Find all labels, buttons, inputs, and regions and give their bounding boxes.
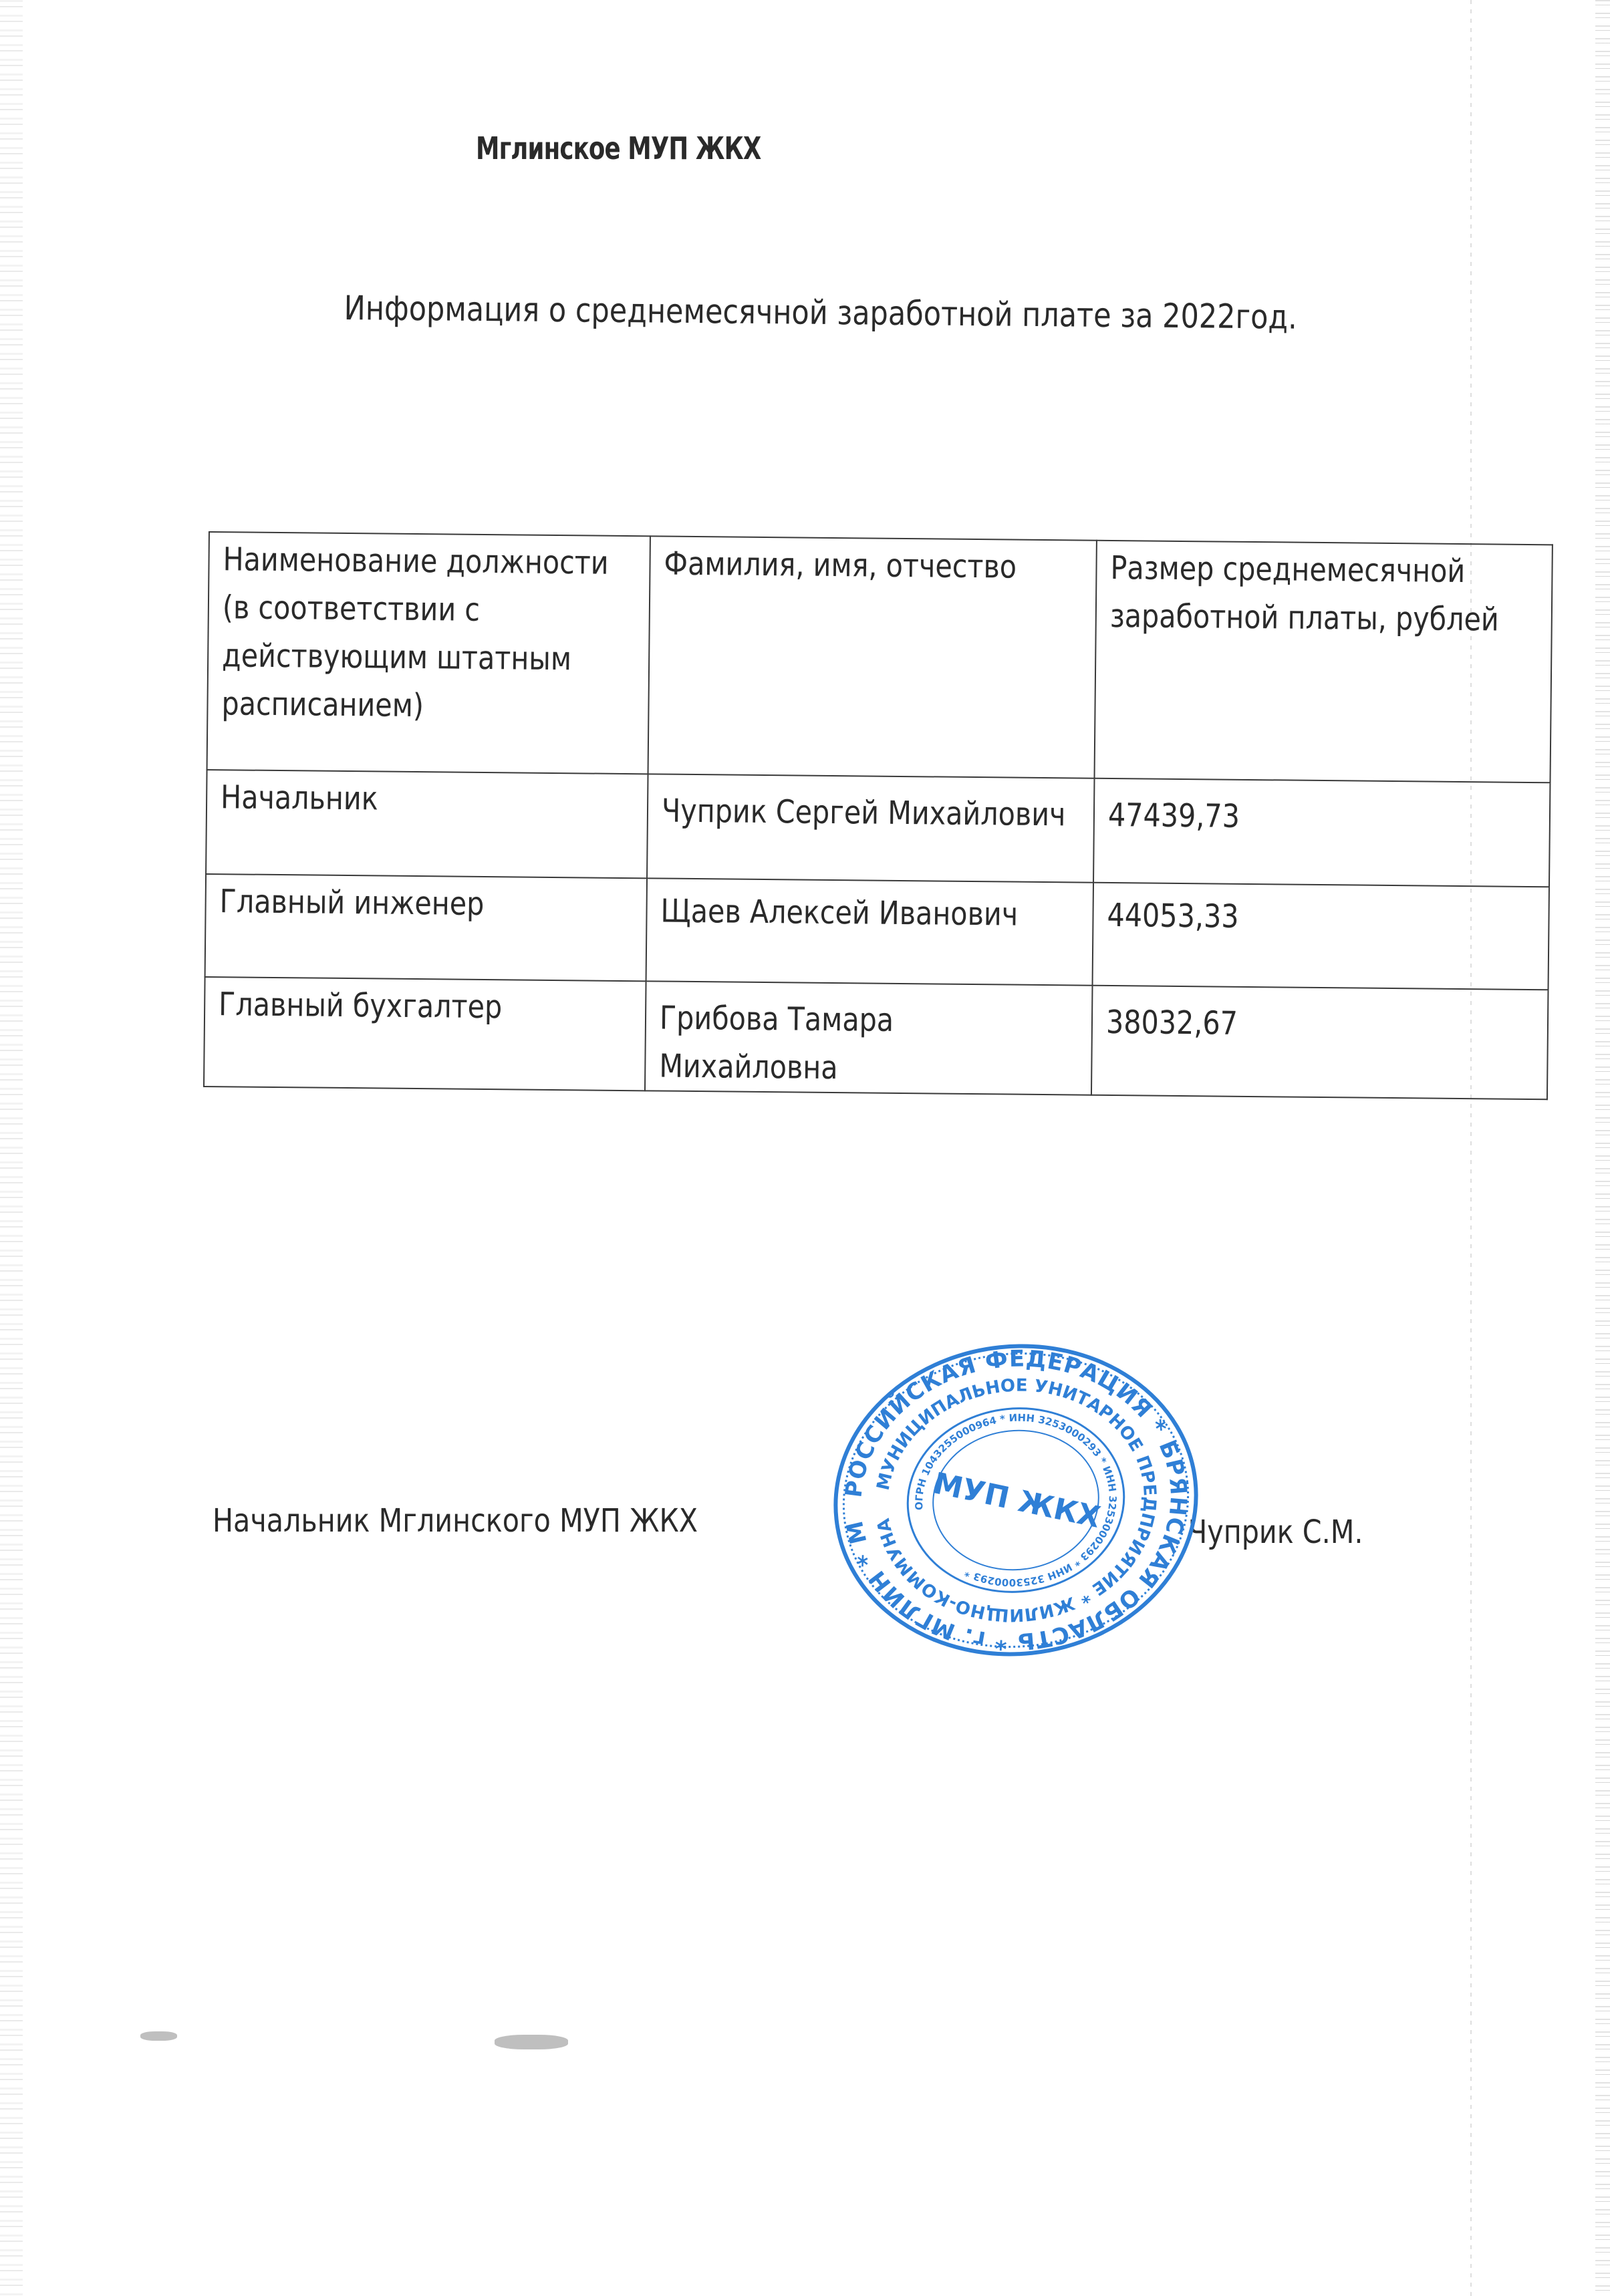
table-row: Главный бухгалтер Грибова Тамара Михайло…	[204, 977, 1548, 1099]
cell-name: Щаев Алексей Иванович	[646, 878, 1093, 985]
salary-table: Наименование должности (в соответствии с…	[203, 531, 1553, 1100]
scan-fold-line	[1470, 0, 1472, 2296]
stamp-center-text: МУП ЖКХ	[930, 1466, 1103, 1535]
cell-salary: 38032,67	[1091, 986, 1549, 1100]
column-header-salary: Размер среднемесячной заработной платы, …	[1095, 541, 1553, 783]
cell-position: Главный инженер	[205, 874, 647, 981]
signature-signer: Чуприк С.М.	[1188, 1514, 1363, 1551]
document-subtitle: Информация о среднемесячной заработной п…	[344, 289, 1297, 337]
cell-salary: 47439,73	[1093, 778, 1550, 887]
column-header-position: Наименование должности (в соответствии с…	[207, 532, 650, 774]
table-row: Главный инженер Щаев Алексей Иванович 44…	[205, 874, 1549, 990]
scan-artifact-right-edge	[1595, 0, 1610, 2296]
cell-position: Начальник	[206, 770, 648, 878]
scan-artifact-left-edge	[0, 0, 23, 2296]
table-row: Начальник Чуприк Сергей Михайлович 47439…	[206, 770, 1550, 887]
official-stamp-icon: РОССИЙСКАЯ ФЕДЕРАЦИЯ * БРЯНСКАЯ ОБЛАСТЬ …	[813, 1324, 1218, 1676]
cell-name: Грибова Тамара Михайловна	[645, 981, 1093, 1095]
cell-salary: 44053,33	[1093, 883, 1549, 990]
cell-name: Чуприк Сергей Михайлович	[647, 774, 1094, 882]
organization-title: Мглинское МУП ЖКХ	[476, 130, 761, 166]
scan-smudge	[495, 2035, 568, 2049]
cell-position: Главный бухгалтер	[204, 977, 646, 1091]
scan-smudge	[140, 2031, 177, 2041]
salary-table-container: Наименование должности (в соответствии с…	[203, 531, 1552, 1100]
signature-title: Начальник Мглинского МУП ЖКХ	[213, 1502, 698, 1540]
table-header-row: Наименование должности (в соответствии с…	[207, 532, 1553, 782]
column-header-name: Фамилия, имя, отчество	[648, 536, 1097, 778]
